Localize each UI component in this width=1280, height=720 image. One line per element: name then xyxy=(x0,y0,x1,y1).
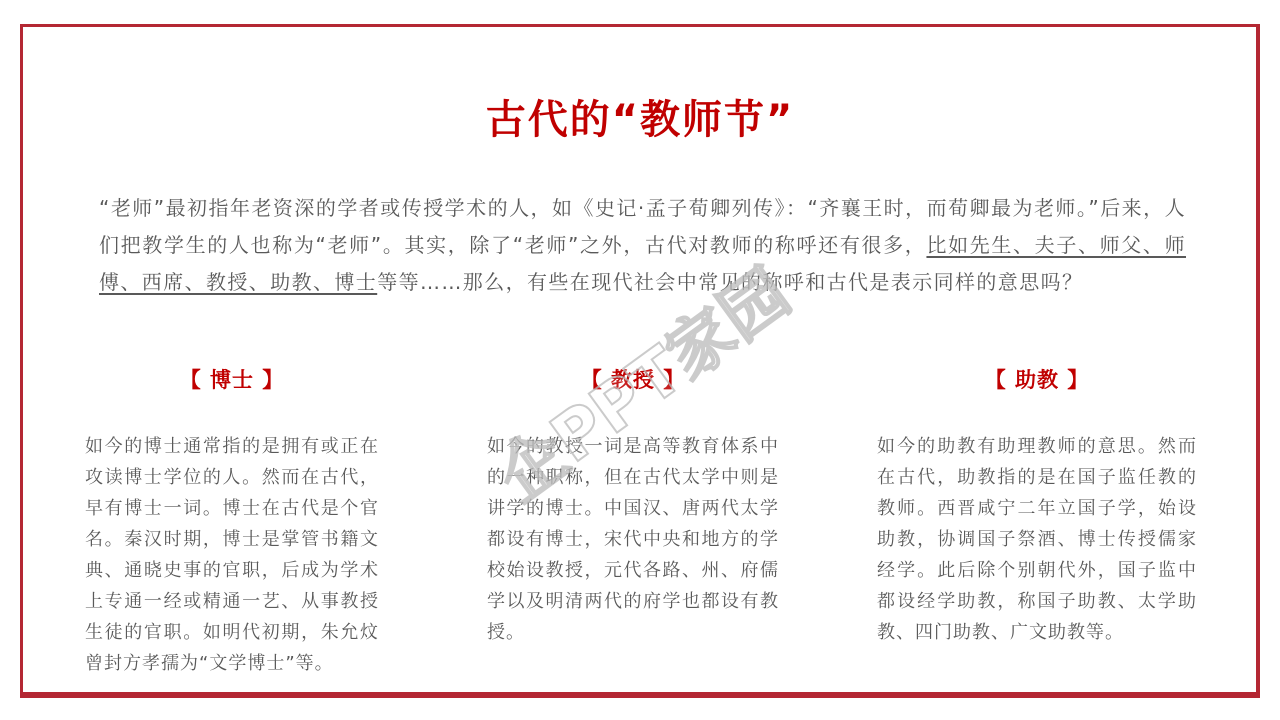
intro-paragraph: “老师”最初指年老资深的学者或传授学术的人，如《史记·孟子荀卿列传》：“齐襄王时… xyxy=(99,190,1186,301)
column-body-zhujiao: 如今的助教有助理教师的意思。然而在古代，助教指的是在国子监任教的教师。西晋咸宁二… xyxy=(877,431,1197,648)
slide-title: 古代的“教师节” xyxy=(0,88,1280,145)
column-jiaoshou: 【 教授 】 如今的教授一词是高等教育体系中的一种职称，但在古代太学中则是讲学的… xyxy=(487,364,779,648)
column-body-jiaoshou: 如今的教授一词是高等教育体系中的一种职称，但在古代太学中则是讲学的博士。中国汉、… xyxy=(487,431,779,648)
column-heading-zhujiao: 【 助教 】 xyxy=(877,364,1197,394)
column-body-boshi: 如今的博士通常指的是拥有或正在攻读博士学位的人。然而在古代，早有博士一词。博士在… xyxy=(85,431,379,679)
column-zhujiao: 【 助教 】 如今的助教有助理教师的意思。然而在古代，助教指的是在国子监任教的教… xyxy=(877,364,1197,648)
column-heading-boshi: 【 博士 】 xyxy=(85,364,379,394)
column-boshi: 【 博士 】 如今的博士通常指的是拥有或正在攻读博士学位的人。然而在古代，早有博… xyxy=(85,364,379,679)
slide: 古代的“教师节” “老师”最初指年老资深的学者或传授学术的人，如《史记·孟子荀卿… xyxy=(0,0,1280,720)
intro-text-post: 等等……那么，有些在现代社会中常见的称呼和古代是表示同样的意思吗？ xyxy=(377,270,1083,294)
column-heading-jiaoshou: 【 教授 】 xyxy=(487,364,779,394)
